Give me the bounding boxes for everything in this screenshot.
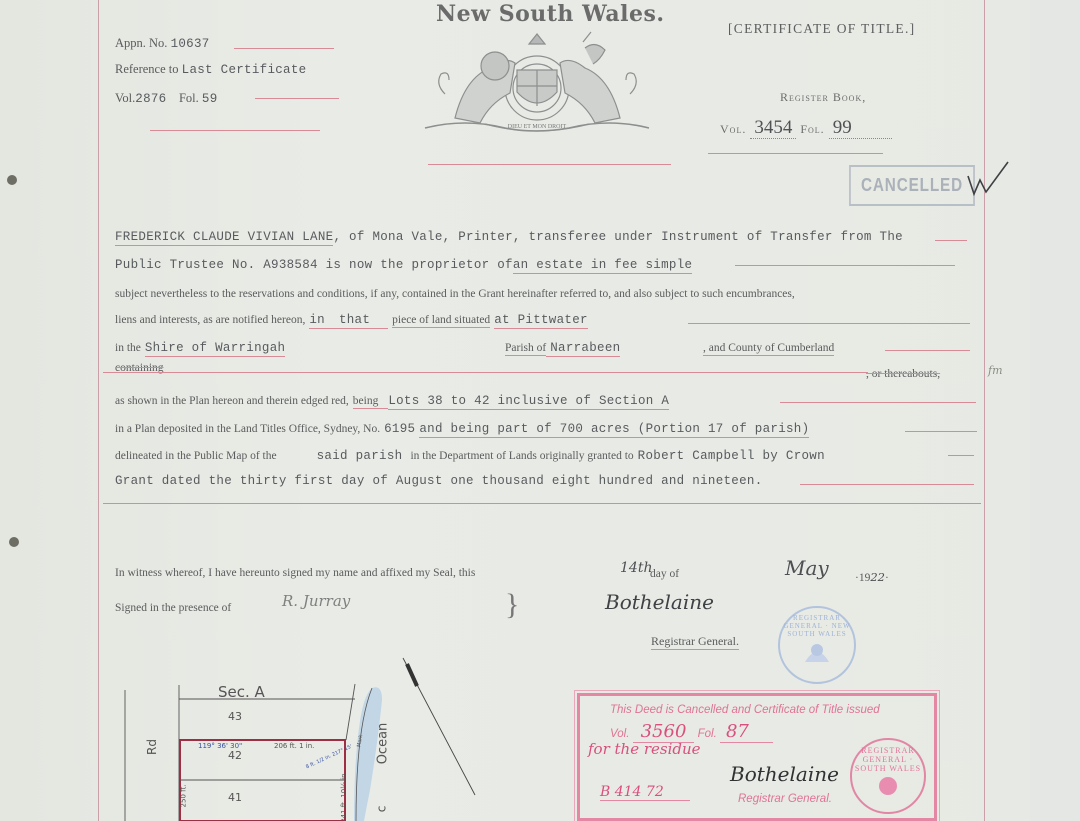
in-word: in [309,313,339,329]
cancellation-registrar-title: Registrar General. [738,793,832,805]
punch-hole-bottom [9,537,19,547]
proprietor-details: , of Mona Vale, Printer, transferee unde… [333,230,903,244]
margin-initials: fm [988,364,1003,377]
check-mark-icon [966,160,1010,207]
cancelled-stamp: CANCELLED [849,165,975,206]
plan-section-label: Sec. A [218,683,265,701]
plan-right-dimension: 241 ft. 10½ in. [340,771,348,821]
witness-signature: R. Jurray [282,592,350,610]
lot-43: 43 [228,710,242,723]
or-thereabouts-text: , or thereabouts, [866,368,940,380]
cancellation-reference: B 414 72 [600,784,690,801]
parish-name: Narrabeen [546,341,620,357]
rule [428,164,671,165]
cancellation-stamp: This Deed is Cancelled and Certificate o… [577,693,937,821]
seal-crest-icon [802,642,832,666]
brace-icon: } [505,588,519,622]
page-edge [1030,0,1080,821]
registrar-title-text: Registrar General. [651,634,739,650]
plan-left-dimension: 250 ft. [179,785,187,808]
reference-line: Reference to Last Certificate [115,62,306,77]
svg-text:DIEU ET MON DROIT: DIEU ET MON DROIT [508,124,567,130]
portion-description: and being part of 700 acres (Portion 17 … [419,422,809,438]
public-map-text: delineated in the Public Map of the [115,450,277,462]
plan-water-label: Ocean [375,723,390,765]
reference-label: Reference to [115,62,179,76]
body-line-9: delineated in the Public Map of the said… [115,446,825,464]
register-vol-fol: Vol. 3454 Fol. 99 [720,117,892,139]
rule [935,240,967,241]
appn-label: Appn. No. [115,36,167,50]
witness-day: 14th [620,560,652,576]
document-type-title: [CERTIFICATE OF TITLE.] [728,21,915,37]
cancellation-text: This Deed is Cancelled and Certificate o… [610,704,880,716]
said-parish: said parish [281,449,407,463]
cancel-fol: 87 [720,721,773,743]
plan-number: 6195 [384,422,415,436]
body-line-7: as shown in the Plan hereon and therein … [115,391,669,409]
right-margin-line [984,0,985,821]
appn-number: Appn. No. 10637 [115,36,210,51]
rule [948,455,974,456]
coat-of-arms-icon: DIEU ET MON DROIT [415,28,660,140]
rule [103,503,981,504]
seal-text: REGISTRAR GENERAL · NEW SOUTH WALES [780,614,854,638]
piece-text: piece of land situated [392,314,490,328]
rule [688,323,970,324]
day-of-label: day of [650,568,679,580]
being-word: being [353,395,389,409]
cancel-vol-label: Vol. [610,728,629,740]
lot-41: 41 [228,791,242,804]
registrar-seal-pink: REGISTRAR GENERAL · SOUTH WALES [850,738,926,814]
deposited-plan-text: in a Plan deposited in the Land Titles O… [115,423,380,435]
rule [150,130,320,131]
county-field: , and County of Cumberland [703,338,834,356]
certificate-page: Appn. No. 10637 Reference to Last Certif… [0,0,1080,821]
proprietor-statement: Public Trustee No. A938584 is now the pr… [115,258,513,272]
body-line-10: Grant dated the thirty first day of Augu… [115,474,763,488]
cancellation-note: for the residue [588,740,701,758]
year-prefix: 19 [859,572,871,584]
that-word: that [339,313,388,329]
rule [103,372,868,373]
lots-description: Lots 38 to 42 inclusive of Section A [388,394,669,410]
plan-road-label: Rd [145,739,159,755]
left-margin-line [98,0,99,821]
rule [735,265,955,266]
rule [905,431,977,432]
plan-bottom-letter: c [374,806,388,813]
register-book-label: Register Book, [780,90,866,105]
registrar-title: Registrar General. [651,634,739,649]
county-label: , and County of Cumberland [703,342,834,356]
plan-reference-text: as shown in the Plan hereon and therein … [115,395,349,407]
year-suffix: 22 [870,570,885,584]
land-plan-diagram: Sec. A Rd 43 42 41 119° 36' 30" 206 ft. … [110,650,490,821]
plan-top-dimension: 206 ft. 1 in. [274,742,314,750]
signed-presence-label: Signed in the presence of [115,602,231,614]
reference-value: Last Certificate [182,63,307,77]
rule [255,98,339,99]
state-title: New South Wales. [436,1,665,27]
rule [800,484,974,485]
liens-text: liens and interests, as are notified her… [115,314,305,326]
witness-year: ·1922· [855,570,889,584]
vol-label: Vol. [720,122,746,136]
previous-vol-fol: Vol.2876 Fol. 59 [115,91,218,106]
cancellation-vol-fol: Vol. 3560 Fol. 87 [610,721,773,742]
body-line-5: in the Shire of Warringah [115,338,285,356]
pink-seal-text: REGISTRAR GENERAL · SOUTH WALES [852,746,924,773]
body-line-1: FREDERICK CLAUDE VIVIAN LANE, of Mona Va… [115,230,903,244]
rule [234,48,334,49]
rule [780,402,976,403]
parish-field: Parish ofNarrabeen [505,338,620,356]
body-line-4: liens and interests, as are notified her… [115,310,588,328]
prev-fol-label: Fol. [179,91,199,105]
parish-label: Parish of [505,342,546,356]
body-line-2: Public Trustee No. A938584 is now the pr… [115,258,692,272]
fol-label: Fol. [800,122,824,136]
in-the-text: in the [115,342,141,354]
cancellation-signature: Bothelaine [730,762,839,786]
rule [708,153,883,154]
rule [885,350,970,351]
land-location: at Pittwater [494,313,588,329]
punch-hole-top [7,175,17,185]
cancel-fol-label: Fol. [698,728,717,740]
prev-vol-label: Vol. [115,91,135,105]
registrar-seal-blue: REGISTRAR GENERAL · NEW SOUTH WALES [778,606,856,684]
original-grantee: Robert Campbell by Crown [638,449,825,463]
department-text: in the Department of Lands originally gr… [410,450,633,462]
witness-month: May [785,556,829,580]
appn-value: 10637 [171,37,210,51]
vol-value: 3454 [750,117,796,139]
shire-name: Shire of Warringah [145,341,285,357]
proprietor-name: FREDERICK CLAUDE VIVIAN LANE [115,230,333,246]
prev-vol: 2876 [135,92,166,106]
fol-value: 99 [829,117,892,139]
prev-fol: 59 [202,92,218,106]
pink-seal-crest-icon [874,775,902,797]
body-line-3: subject nevertheless to the reservations… [115,288,795,300]
estate-type: an estate in fee simple [513,258,692,274]
witness-statement: In witness whereof, I have hereunto sign… [115,567,475,579]
registrar-signature: Bothelaine [605,590,714,614]
lot-42: 42 [228,749,242,762]
plan-bearing: 119° 36' 30" [198,742,242,750]
body-line-8: in a Plan deposited in the Land Titles O… [115,419,809,437]
